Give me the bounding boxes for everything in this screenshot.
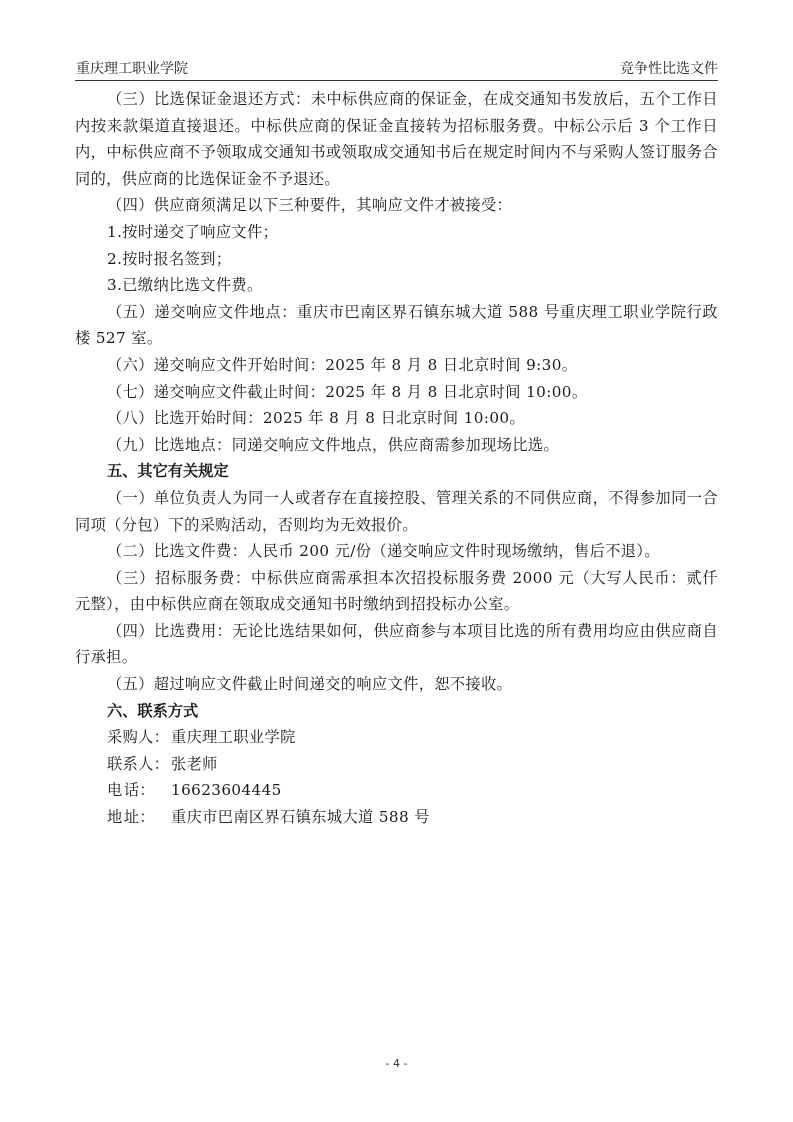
contact-label: 地 址： — [107, 804, 155, 831]
requirement-item-1: 1.按时递交了响应文件； — [75, 219, 718, 246]
paragraph-same-responsible-person: （一）单位负责人为同一人或者存在直接控股、管理关系的不同供应商，不得参加同一合同… — [75, 485, 718, 538]
contact-label-part: 址： — [124, 804, 155, 831]
contact-label-part: 地 — [107, 804, 123, 831]
contact-value: 张老师 — [171, 751, 218, 778]
header-institution: 重庆理工职业学院 — [76, 60, 188, 78]
contact-value: 重庆理工职业学院 — [171, 724, 296, 751]
paragraph-deposit-refund: （三）比选保证金退还方式：未中标供应商的保证金，在成交通知书发放后，五个工作日内… — [75, 86, 718, 192]
contact-label-part: 话： — [124, 777, 155, 804]
paragraph-document-fee: （二）比选文件费：人民币 200 元/份（递交响应文件时现场缴纳，售后不退）。 — [75, 538, 718, 565]
contact-label: 电 话： — [107, 777, 155, 804]
paragraph-submission-location: （五）递交响应文件地点：重庆市巴南区界石镇东城大道 588 号重庆理工职业学院行… — [75, 299, 718, 352]
page-header: 重庆理工职业学院 竞争性比选文件 — [75, 60, 718, 81]
paragraph-selection-location: （九）比选地点：同递交响应文件地点，供应商需参加现场比选。 — [75, 432, 718, 459]
header-document-type: 竞争性比选文件 — [620, 60, 718, 78]
contact-value: 重庆市巴南区界石镇东城大道 588 号 — [171, 804, 430, 831]
contact-label: 采购人： — [107, 724, 171, 751]
paragraph-selection-costs: （四）比选费用：无论比选结果如何，供应商参与本项目比选的所有费用均应由供应商自行… — [75, 618, 718, 671]
paragraph-submission-deadline: （七）递交响应文件截止时间：2025 年 8 月 8 日北京时间 10:00。 — [75, 379, 718, 406]
paragraph-submission-start: （六）递交响应文件开始时间：2025 年 8 月 8 日北京时间 9:30。 — [75, 352, 718, 379]
contact-label-part: 电 — [107, 777, 123, 804]
contact-label: 联系人： — [107, 751, 171, 778]
requirement-item-3: 3.已缴纳比选文件费。 — [75, 272, 718, 299]
paragraph-late-submission: （五）超过响应文件截止时间递交的响应文件，恕不接收。 — [75, 671, 718, 698]
requirement-item-2: 2.按时报名签到； — [75, 246, 718, 273]
document-body: （三）比选保证金退还方式：未中标供应商的保证金，在成交通知书发放后，五个工作日内… — [75, 86, 718, 831]
paragraph-acceptance-requirements: （四）供应商须满足以下三种要件，其响应文件才被接受： — [75, 192, 718, 219]
section-heading-other-rules: 五、其它有关规定 — [75, 458, 718, 485]
contact-phone: 电 话： 16623604445 — [75, 777, 718, 804]
contact-address: 地 址： 重庆市巴南区界石镇东城大道 588 号 — [75, 804, 718, 831]
contact-person: 联系人： 张老师 — [75, 751, 718, 778]
page-number: - 4 - — [0, 1057, 793, 1070]
paragraph-service-fee: （三）招标服务费：中标供应商需承担本次招投标服务费 2000 元（大写人民币：贰… — [75, 565, 718, 618]
section-heading-contact: 六、联系方式 — [75, 698, 718, 725]
contact-value: 16623604445 — [171, 777, 282, 804]
contact-purchaser: 采购人： 重庆理工职业学院 — [75, 724, 718, 751]
paragraph-selection-start: （八）比选开始时间：2025 年 8 月 8 日北京时间 10:00。 — [75, 405, 718, 432]
